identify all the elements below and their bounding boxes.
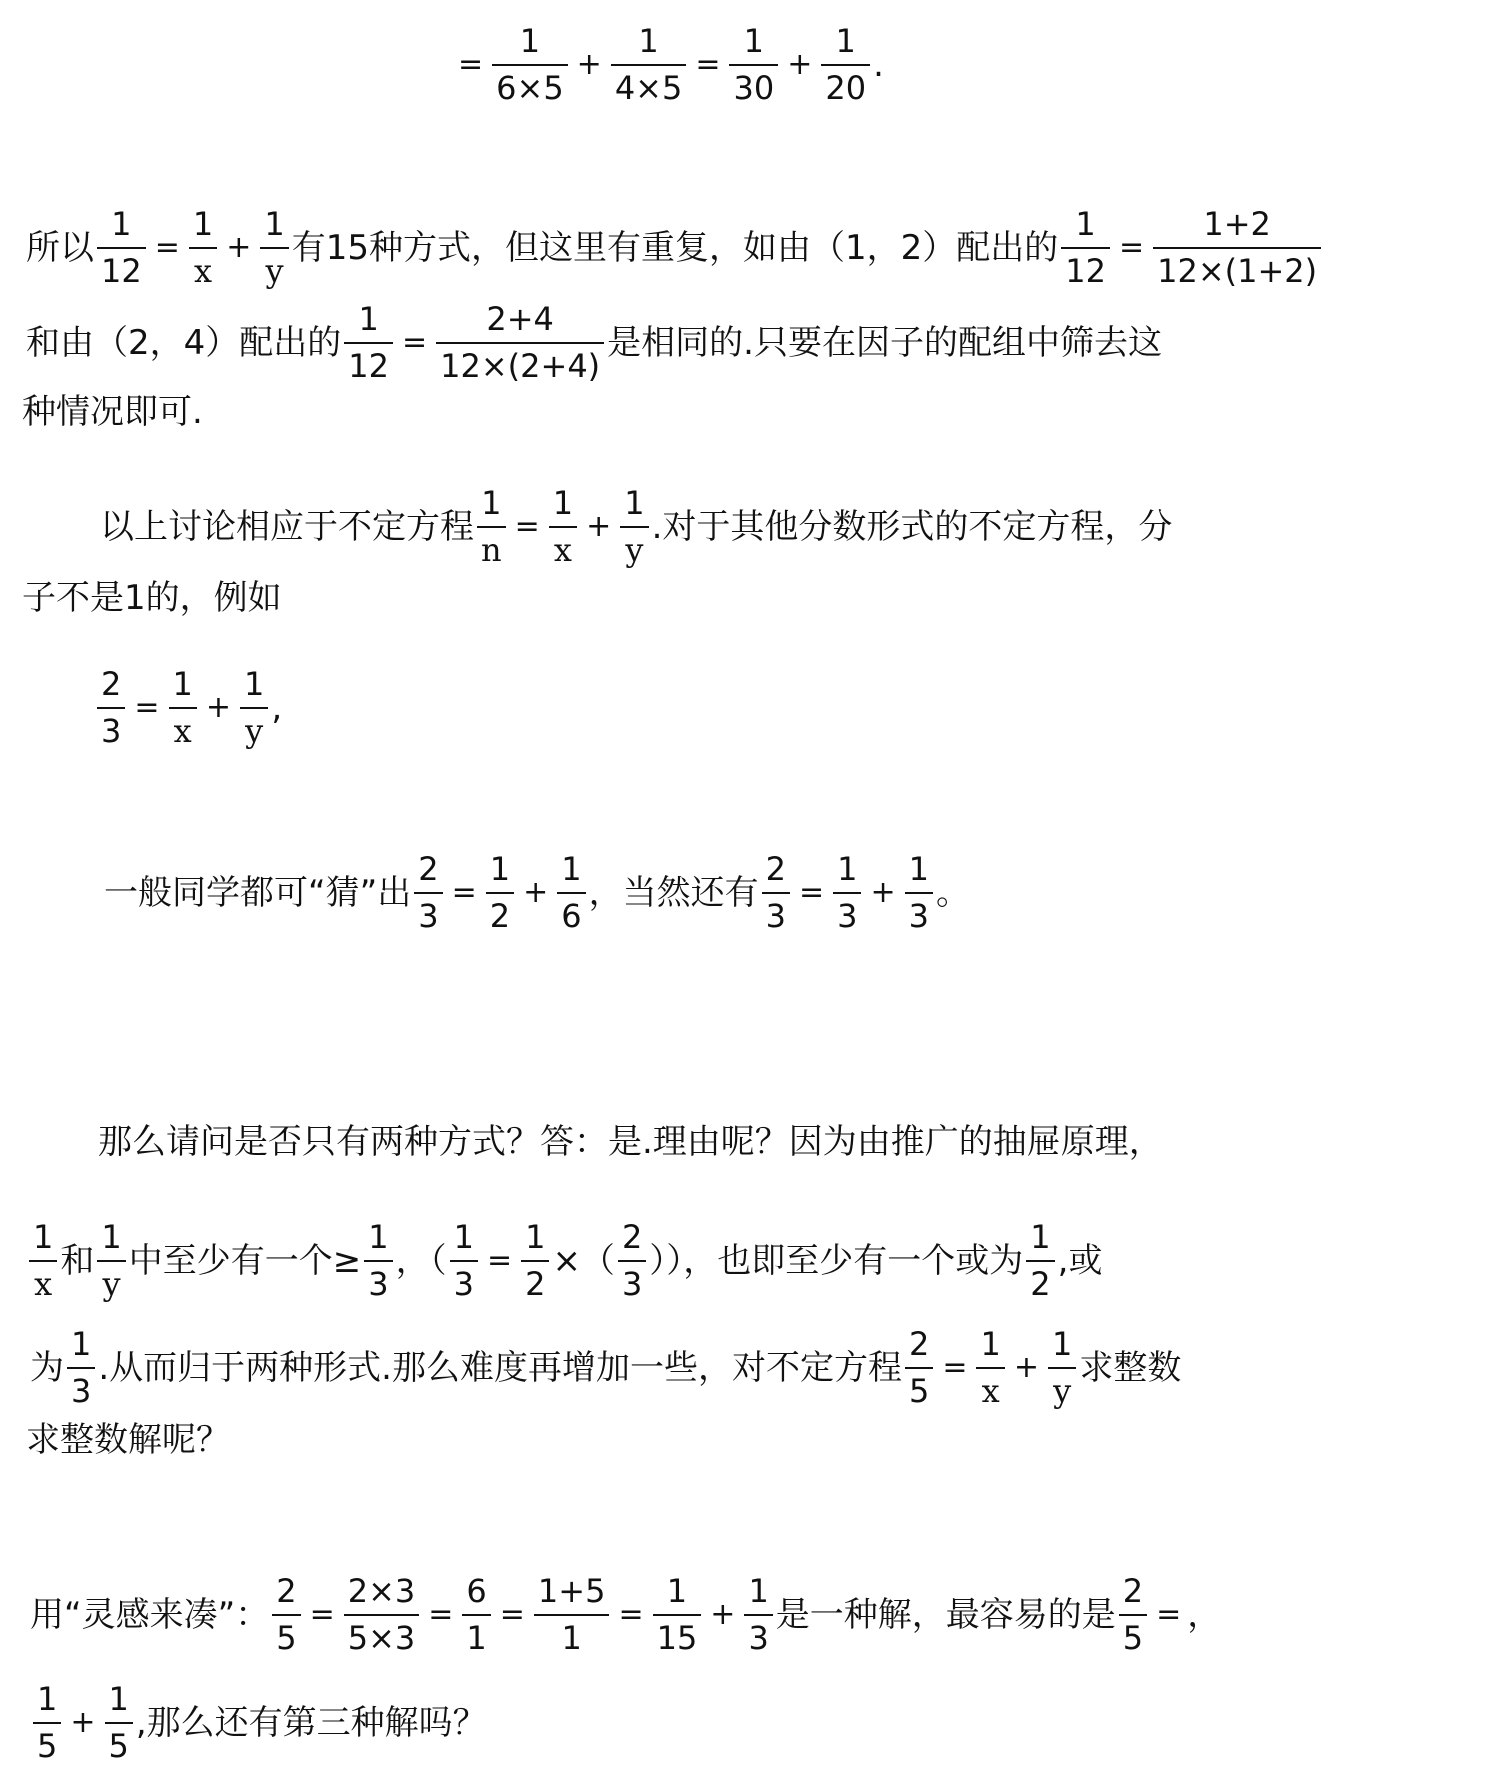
fraction: 1y: [97, 1219, 125, 1303]
fraction: 13: [67, 1326, 95, 1410]
paragraph-5-line-2: 15 + 15 ,那么还有第三种解吗？: [30, 1680, 487, 1766]
fraction: 1+51: [534, 1573, 610, 1657]
fraction: 25: [905, 1326, 933, 1410]
fraction: 13: [450, 1219, 478, 1303]
fraction: 1x: [189, 206, 217, 290]
fraction: 23: [618, 1219, 646, 1303]
equals-sign: =: [695, 50, 720, 80]
fraction: 1y: [260, 206, 288, 290]
paragraph-4-line-2: 1x 和 1y 中至少有一个≥ 13 ，（ 13 = 12 ×（ 23 ）），也…: [26, 1218, 1102, 1304]
fraction: 13: [905, 851, 933, 935]
fraction: 112: [344, 301, 393, 385]
fraction: 2+412×(2+4): [436, 301, 604, 385]
paragraph-2-line-1: 以上讨论相应于不定方程 1n = 1x + 1y .对于其他分数形式的不定方程，…: [100, 484, 1172, 570]
equals-sign: =: [458, 50, 483, 80]
fraction: 15: [33, 1681, 61, 1765]
fraction: 130: [729, 23, 778, 107]
fraction: 112: [1061, 206, 1110, 290]
fraction: 12: [486, 851, 514, 935]
paragraph-4-line-4: 求整数解呢？: [26, 1420, 230, 1460]
paragraph-4-line-1: 那么请问是否只有两种方式？答：是.理由呢？因为由推广的抽屉原理，: [98, 1122, 1163, 1162]
fraction: 23: [762, 851, 790, 935]
plus-sign: +: [787, 50, 812, 80]
fraction: 14×5: [611, 23, 687, 107]
paragraph-4-line-3: 为 13 .从而归于两种形式.那么难度再增加一些，对不定方程 25 = 1x +…: [30, 1325, 1181, 1411]
fraction: 15: [105, 1681, 133, 1765]
fraction: 1y: [620, 485, 648, 569]
equation-line-1: = 16×5 + 14×5 = 130 + 120 .: [452, 22, 884, 108]
fraction: 12: [1026, 1219, 1054, 1303]
paragraph-5-line-1: 用“灵感来凑”： 25 = 2×35×3 = 61 = 1+51 = 115 +…: [30, 1572, 1221, 1658]
fraction: 1y: [1048, 1326, 1076, 1410]
fraction: 13: [744, 1573, 772, 1657]
paragraph-3: 一般同学都可“猜”出 23 = 12 + 16 ，当然还有 23 = 13 + …: [104, 850, 970, 936]
fraction: 112: [97, 206, 146, 290]
fraction: 115: [653, 1573, 702, 1657]
fraction: 1x: [976, 1326, 1004, 1410]
example-equation: 23 = 1x + 1y ,: [94, 665, 282, 751]
fraction: 16: [557, 851, 585, 935]
fraction: 1y: [240, 666, 268, 750]
fraction: 1x: [549, 485, 577, 569]
paragraph-1-line-2: 和由（2，4）配出的 112 = 2+412×(2+4) 是相同的.只要在因子的…: [26, 300, 1162, 386]
fraction: 1x: [169, 666, 197, 750]
fraction: 16×5: [492, 23, 568, 107]
fraction: 1n: [477, 485, 506, 569]
fraction: 13: [364, 1219, 392, 1303]
plus-sign: +: [577, 50, 602, 80]
paragraph-2-line-2: 子不是1的，例如: [22, 578, 282, 618]
fraction: 1x: [29, 1219, 57, 1303]
fraction: 13: [833, 851, 861, 935]
fraction: 25: [272, 1573, 300, 1657]
fraction: 61: [462, 1573, 490, 1657]
fraction: 1+212×(1+2): [1153, 206, 1321, 290]
fraction: 23: [97, 666, 125, 750]
fraction: 2×35×3: [344, 1573, 420, 1657]
fraction: 120: [821, 23, 870, 107]
fraction: 25: [1119, 1573, 1147, 1657]
fraction: 12: [521, 1219, 549, 1303]
fraction: 23: [414, 851, 442, 935]
paragraph-1-line-3: 种情况即可.: [22, 392, 203, 432]
paragraph-1-line-1: 所以 112 = 1x + 1y 有15种方式，但这里有重复，如由（1，2）配出…: [26, 205, 1324, 291]
